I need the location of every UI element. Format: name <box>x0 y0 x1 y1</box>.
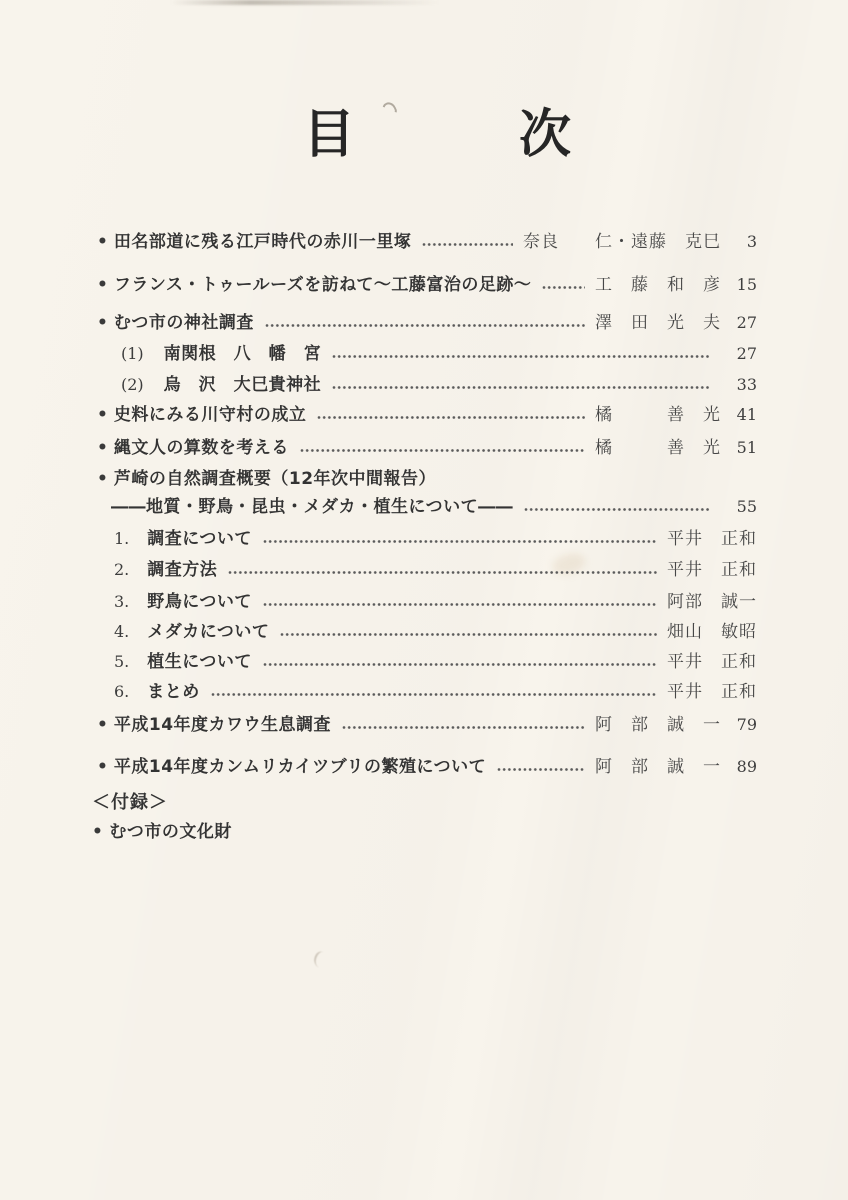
scan-edge-smudge <box>170 0 440 5</box>
entry-authors: 阿部 誠一 <box>667 593 757 611</box>
toc-entry-subtitle: ――地質・野鳥・昆虫・メダカ・植生について―― 55 <box>97 498 757 516</box>
entry-title: フランス・トゥールーズを訪ねて～工藤富治の足跡～ <box>114 276 531 294</box>
toc-entry: • 平成14年度カワウ生息調査 阿 部 誠 一 79 <box>97 716 757 734</box>
toc-subentry: 5. 植生について 平井 正和 <box>97 653 757 671</box>
entry-page-number: 27 <box>721 345 757 363</box>
entry-page-number: 79 <box>721 716 757 734</box>
entry-title: 田名部道に残る江戸時代の赤川一里塚 <box>114 233 412 251</box>
entry-title: 平成14年度カワウ生息調査 <box>114 716 331 734</box>
bullet-icon: • <box>97 314 108 332</box>
toc-subentry: (1) 南関根 八 幡 宮 27 <box>97 345 757 363</box>
toc-list: • 田名部道に残る江戸時代の赤川一里塚 奈良 仁・遠藤 克巳 3 • フランス・… <box>97 233 757 789</box>
dot-leader <box>263 539 657 544</box>
bullet-icon: • <box>97 233 108 251</box>
bullet-icon: • <box>97 758 108 776</box>
entry-number: 2. <box>114 561 129 579</box>
pencil-mark <box>311 950 331 971</box>
appendix-section: ＜付録＞ • むつ市の文化財 <box>92 776 232 842</box>
toc-entry: • 縄文人の算数を考える 橘 善 光 51 <box>97 439 757 457</box>
dot-leader <box>280 632 657 637</box>
dot-leader <box>332 354 711 359</box>
page-title: 目 次 <box>0 92 848 167</box>
dot-leader <box>228 570 657 575</box>
entry-authors: 澤 田 光 夫 <box>595 314 721 332</box>
entry-page-number: 51 <box>721 439 757 457</box>
entry-authors: 平井 正和 <box>667 683 757 701</box>
entry-authors: 奈良 仁・遠藤 克巳 <box>523 233 721 251</box>
dot-leader <box>497 767 585 772</box>
entry-authors: 平井 正和 <box>667 653 757 671</box>
entry-authors: 阿 部 誠 一 <box>595 716 721 734</box>
entry-page-number: 33 <box>721 376 757 394</box>
entry-title: 芦崎の自然調査概要（12年次中間報告） <box>114 470 436 488</box>
bullet-icon: • <box>97 406 108 424</box>
toc-subentry: 1. 調査について 平井 正和 <box>97 530 757 548</box>
entry-authors: 畑山 敏昭 <box>667 623 757 641</box>
dot-leader <box>332 385 711 390</box>
entry-title: ――地質・野鳥・昆虫・メダカ・植生について―― <box>111 498 513 516</box>
appendix-item-title: むつ市の文化財 <box>109 823 232 842</box>
entry-page-number: 89 <box>721 758 757 776</box>
entry-page-number: 3 <box>721 233 757 251</box>
toc-subentry: 4. メダカについて 畑山 敏昭 <box>97 623 757 641</box>
toc-subentry: 6. まとめ 平井 正和 <box>97 683 757 701</box>
dot-leader <box>263 662 657 667</box>
entry-number: 3. <box>114 593 129 611</box>
entry-title: 調査方法 <box>147 561 217 579</box>
toc-entry: • 田名部道に残る江戸時代の赤川一里塚 奈良 仁・遠藤 克巳 3 <box>97 233 757 251</box>
entry-authors: 工 藤 和 彦 <box>595 276 721 294</box>
entry-authors: 平井 正和 <box>667 530 757 548</box>
bullet-icon: • <box>97 716 108 734</box>
entry-title: 野鳥について <box>147 593 252 611</box>
toc-subentry: 2. 調査方法 平井 正和 <box>97 561 757 579</box>
dot-leader <box>211 692 657 697</box>
toc-subentry: (2) 烏 沢 大巳貴神社 33 <box>97 376 757 394</box>
bullet-icon: • <box>92 823 103 842</box>
scanned-toc-page: 目 次 • 田名部道に残る江戸時代の赤川一里塚 奈良 仁・遠藤 克巳 3 • フ… <box>0 0 848 1200</box>
dot-leader <box>263 602 657 607</box>
entry-title: 烏 沢 大巳貴神社 <box>164 376 322 394</box>
bullet-icon: • <box>97 439 108 457</box>
entry-title: 史料にみる川守村の成立 <box>114 406 307 424</box>
entry-title: むつ市の神社調査 <box>114 314 254 332</box>
appendix-item: • むつ市の文化財 <box>92 823 232 842</box>
entry-number: (2) <box>121 376 144 394</box>
dot-leader <box>422 242 513 247</box>
entry-authors: 平井 正和 <box>667 561 757 579</box>
toc-entry: • フランス・トゥールーズを訪ねて～工藤富治の足跡～ 工 藤 和 彦 15 <box>97 276 757 294</box>
bullet-icon: • <box>97 470 108 488</box>
dot-leader <box>300 448 585 453</box>
entry-authors: 橘 善 光 <box>595 406 721 424</box>
dot-leader <box>542 285 585 290</box>
entry-page-number: 15 <box>721 276 757 294</box>
dot-leader <box>342 725 585 730</box>
dot-leader <box>317 415 585 420</box>
toc-entry: • 平成14年度カンムリカイツブリの繁殖について 阿 部 誠 一 89 <box>97 758 757 776</box>
entry-title: 調査について <box>147 530 252 548</box>
entry-title: メダカについて <box>147 623 269 641</box>
entry-title: 平成14年度カンムリカイツブリの繁殖について <box>114 758 486 776</box>
dot-leader <box>265 323 585 328</box>
entry-page-number: 55 <box>721 498 757 516</box>
entry-authors: 阿 部 誠 一 <box>595 758 721 776</box>
entry-page-number: 41 <box>721 406 757 424</box>
toc-entry: • むつ市の神社調査 澤 田 光 夫 27 <box>97 314 757 332</box>
entry-authors: 橘 善 光 <box>595 439 721 457</box>
entry-number: (1) <box>121 345 144 363</box>
entry-number: 5. <box>114 653 129 671</box>
entry-title: 縄文人の算数を考える <box>114 439 289 457</box>
toc-entry: • 史料にみる川守村の成立 橘 善 光 41 <box>97 406 757 424</box>
dot-leader <box>524 507 711 512</box>
entry-title: 南関根 八 幡 宮 <box>164 345 322 363</box>
entry-title: 植生について <box>147 653 252 671</box>
entry-number: 6. <box>114 683 129 701</box>
entry-number: 4. <box>114 623 129 641</box>
entry-page-number: 27 <box>721 314 757 332</box>
toc-entry: • 芦崎の自然調査概要（12年次中間報告） <box>97 470 757 488</box>
appendix-heading: ＜付録＞ <box>92 793 232 812</box>
entry-title: まとめ <box>147 683 200 701</box>
bullet-icon: • <box>97 276 108 294</box>
entry-number: 1. <box>114 530 129 548</box>
toc-subentry: 3. 野鳥について 阿部 誠一 <box>97 593 757 611</box>
